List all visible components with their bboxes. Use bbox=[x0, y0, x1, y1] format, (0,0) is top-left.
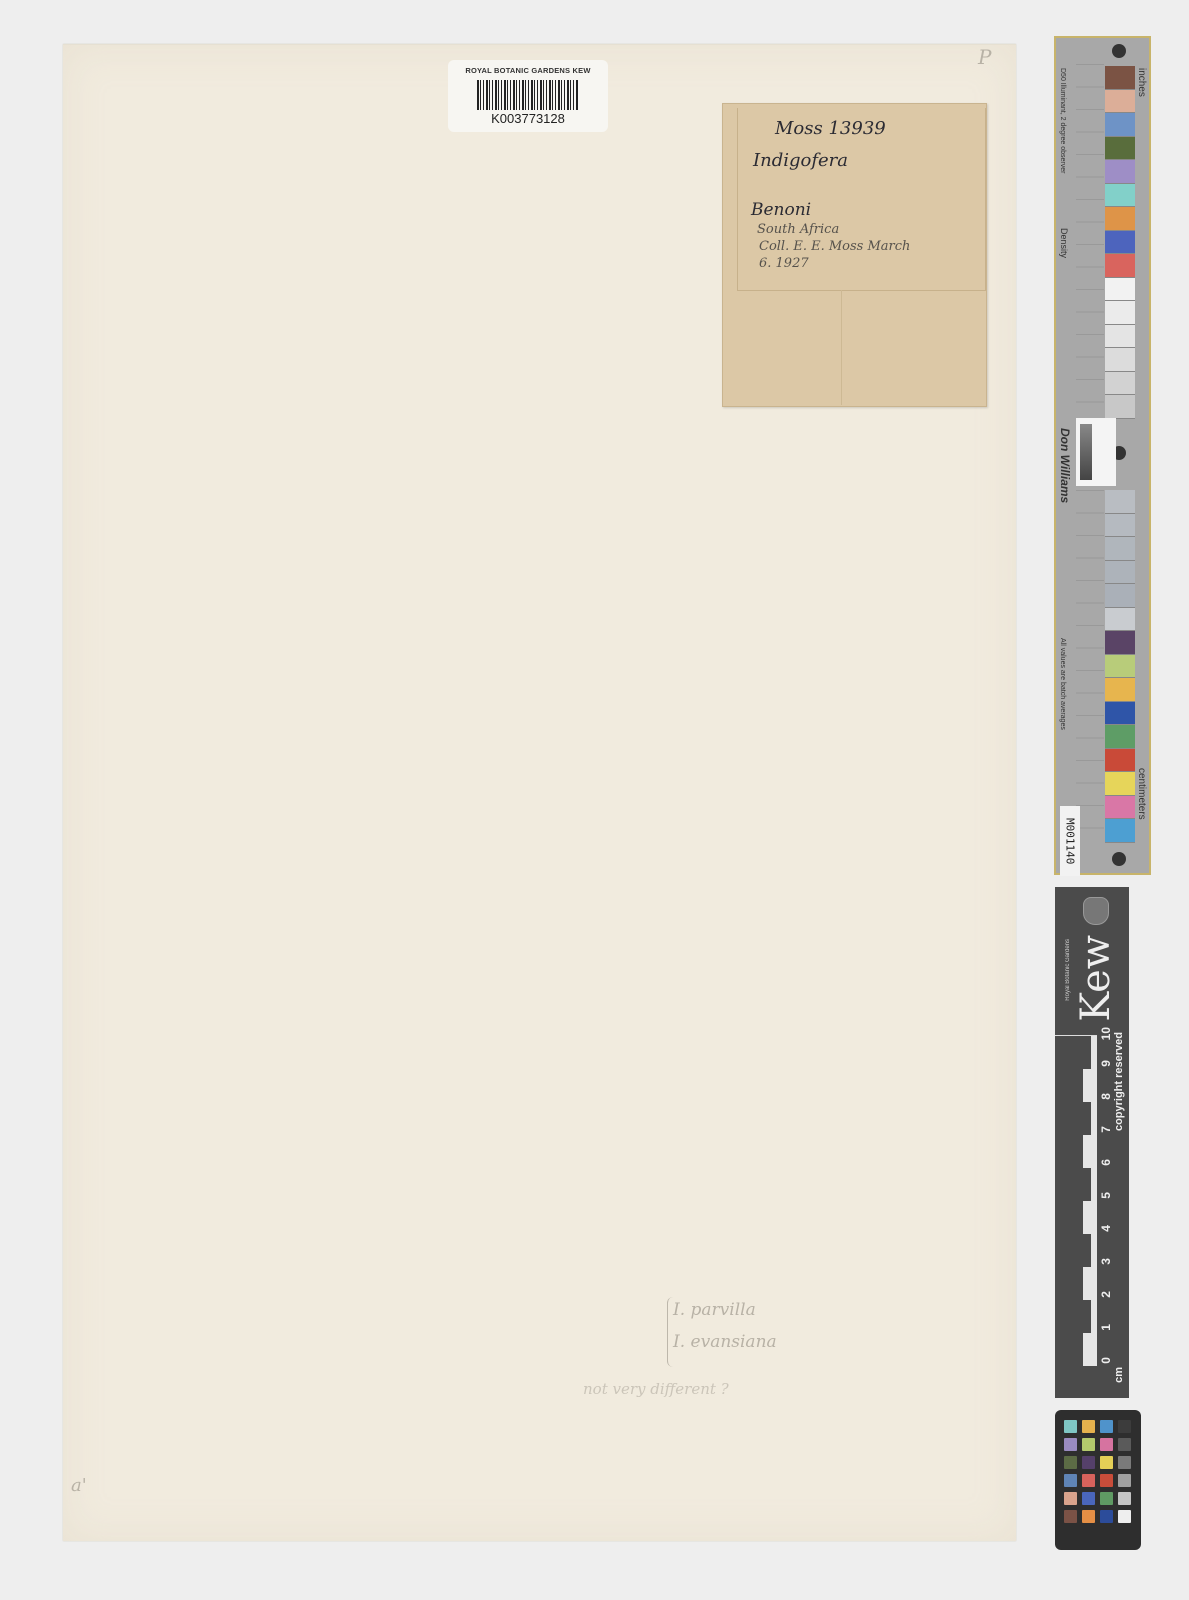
ruler-swatches-top bbox=[1105, 66, 1135, 419]
ruler-footer-note: All values are batch averages bbox=[1059, 638, 1066, 730]
scale-tick-label: 7 bbox=[1099, 1126, 1113, 1133]
kew-copyright: copyright reserved bbox=[1113, 1032, 1125, 1131]
checker-patch bbox=[1082, 1456, 1095, 1469]
packet-date: 6. 1927 bbox=[759, 256, 809, 271]
checker-patch bbox=[1100, 1510, 1113, 1523]
scale-tick-label: 9 bbox=[1099, 1060, 1113, 1067]
ruler-observer-note: D50 Illuminant, 2 degree observer bbox=[1059, 68, 1066, 173]
pencil-note-line2: I. evansiana bbox=[673, 1332, 777, 1352]
checker-patch bbox=[1064, 1420, 1077, 1433]
checker-patch bbox=[1100, 1456, 1113, 1469]
barcode-icon bbox=[477, 80, 579, 110]
color-swatch bbox=[1105, 584, 1135, 608]
checker-patch bbox=[1118, 1420, 1131, 1433]
ruler-value-grid bbox=[1076, 64, 1104, 404]
barcode-label: ROYAL BOTANIC GARDENS KEW K003773128 bbox=[448, 60, 608, 132]
checker-patch bbox=[1064, 1492, 1077, 1505]
scale-tick-label: 10 bbox=[1099, 1027, 1113, 1040]
checker-patch bbox=[1064, 1474, 1077, 1487]
scale-tick-label: 6 bbox=[1099, 1159, 1113, 1166]
ruler-swatches-bottom bbox=[1105, 490, 1135, 843]
scale-tick-label: 0 bbox=[1099, 1357, 1113, 1364]
checker-patch bbox=[1118, 1474, 1131, 1487]
kew-unit: cm bbox=[1113, 1367, 1125, 1383]
ruler-id-label: M001140 bbox=[1060, 806, 1080, 876]
ruler-hole-bottom bbox=[1112, 852, 1126, 866]
scale-segment bbox=[1055, 1332, 1097, 1366]
scale-tick-label: 4 bbox=[1099, 1225, 1113, 1232]
checker-patch bbox=[1082, 1420, 1095, 1433]
checker-patch bbox=[1118, 1456, 1131, 1469]
scale-segment bbox=[1055, 1134, 1097, 1168]
checker-patch bbox=[1082, 1474, 1095, 1487]
color-swatch bbox=[1105, 631, 1135, 655]
checker-patch bbox=[1100, 1492, 1113, 1505]
color-swatch bbox=[1105, 796, 1135, 820]
checker-patch bbox=[1064, 1438, 1077, 1451]
color-ruler: D50 Illuminant, 2 degree observer Densit… bbox=[1054, 36, 1151, 875]
pencil-note-line3: not very different ? bbox=[583, 1380, 729, 1398]
kew-crest-icon bbox=[1083, 897, 1109, 925]
color-checker-grid bbox=[1064, 1420, 1131, 1523]
color-checker-card bbox=[1055, 1410, 1141, 1550]
kew-subtitle: Royal Botanic Gardens bbox=[1065, 939, 1071, 1001]
checker-patch bbox=[1118, 1510, 1131, 1523]
pencil-note-bottom-left: a' bbox=[71, 1475, 87, 1496]
scale-tick-label: 1 bbox=[1099, 1324, 1113, 1331]
ruler-hole-top bbox=[1112, 44, 1126, 58]
checker-patch bbox=[1118, 1438, 1131, 1451]
checker-patch bbox=[1082, 1492, 1095, 1505]
pencil-brace bbox=[667, 1297, 674, 1367]
pencil-note-line1: I. parvilla bbox=[673, 1300, 756, 1320]
color-swatch bbox=[1105, 207, 1135, 231]
institution-name: ROYAL BOTANIC GARDENS KEW bbox=[448, 66, 608, 75]
kew-scale-bar: Kew Royal Botanic Gardens copyright rese… bbox=[1055, 887, 1129, 1398]
packet-fold bbox=[841, 290, 842, 405]
corner-mark: P bbox=[978, 45, 991, 69]
packet-collection-number: Moss 13939 bbox=[775, 118, 886, 139]
color-swatch bbox=[1105, 325, 1135, 349]
color-swatch bbox=[1105, 160, 1135, 184]
scale-segment bbox=[1055, 1233, 1097, 1267]
ruler-value-grid-lower bbox=[1076, 490, 1104, 830]
packet-locality: Benoni bbox=[751, 200, 811, 220]
scale-segment bbox=[1055, 1266, 1097, 1300]
color-swatch bbox=[1105, 678, 1135, 702]
scale-segment bbox=[1055, 1299, 1097, 1333]
checker-patch bbox=[1100, 1438, 1113, 1451]
color-swatch bbox=[1105, 231, 1135, 255]
color-swatch bbox=[1105, 137, 1135, 161]
scale-tick-label: 2 bbox=[1099, 1291, 1113, 1298]
color-swatch bbox=[1105, 772, 1135, 796]
packet-genus: Indigofera bbox=[753, 150, 848, 171]
checker-patch bbox=[1100, 1420, 1113, 1433]
checker-patch bbox=[1100, 1474, 1113, 1487]
color-swatch bbox=[1105, 348, 1135, 372]
ruler-inches-label: inches bbox=[1136, 68, 1147, 97]
checker-patch bbox=[1082, 1438, 1095, 1451]
barcode-number: K003773128 bbox=[448, 111, 608, 126]
scale-tick-label: 8 bbox=[1099, 1093, 1113, 1100]
ruler-brand: Don Williams bbox=[1058, 428, 1072, 503]
color-swatch bbox=[1105, 278, 1135, 302]
checker-patch bbox=[1064, 1456, 1077, 1469]
scale-segment bbox=[1055, 1035, 1097, 1069]
color-swatch bbox=[1105, 537, 1135, 561]
color-swatch bbox=[1105, 490, 1135, 514]
packet-collector: Coll. E. E. Moss March bbox=[759, 239, 910, 254]
checker-patch bbox=[1064, 1510, 1077, 1523]
checker-patch bbox=[1082, 1510, 1095, 1523]
color-swatch bbox=[1105, 66, 1135, 90]
color-swatch bbox=[1105, 372, 1135, 396]
specimen-packet: Moss 13939 Indigofera Benoni South Afric… bbox=[722, 103, 987, 407]
color-swatch bbox=[1105, 184, 1135, 208]
scale-segment bbox=[1055, 1200, 1097, 1234]
scale-tick-label: 5 bbox=[1099, 1192, 1113, 1199]
color-swatch bbox=[1105, 514, 1135, 538]
ruler-density-label: Density bbox=[1059, 228, 1069, 258]
color-swatch bbox=[1105, 702, 1135, 726]
packet-country: South Africa bbox=[757, 222, 839, 237]
color-swatch bbox=[1105, 254, 1135, 278]
ruler-cm-label: centimeters bbox=[1136, 768, 1147, 820]
checker-patch bbox=[1118, 1492, 1131, 1505]
color-swatch bbox=[1105, 655, 1135, 679]
color-swatch bbox=[1105, 395, 1135, 419]
scale-segment bbox=[1055, 1068, 1097, 1102]
color-swatch bbox=[1105, 561, 1135, 585]
color-swatch bbox=[1105, 819, 1135, 843]
color-swatch bbox=[1105, 608, 1135, 632]
kew-logo: Kew bbox=[1073, 935, 1119, 1022]
scale-tick-label: 3 bbox=[1099, 1258, 1113, 1265]
color-swatch bbox=[1105, 90, 1135, 114]
scale-segment bbox=[1055, 1167, 1097, 1201]
ruler-gray-wedge bbox=[1076, 418, 1116, 486]
color-swatch bbox=[1105, 301, 1135, 325]
color-swatch bbox=[1105, 725, 1135, 749]
color-swatch bbox=[1105, 749, 1135, 773]
scale-segment bbox=[1055, 1101, 1097, 1135]
color-swatch bbox=[1105, 113, 1135, 137]
